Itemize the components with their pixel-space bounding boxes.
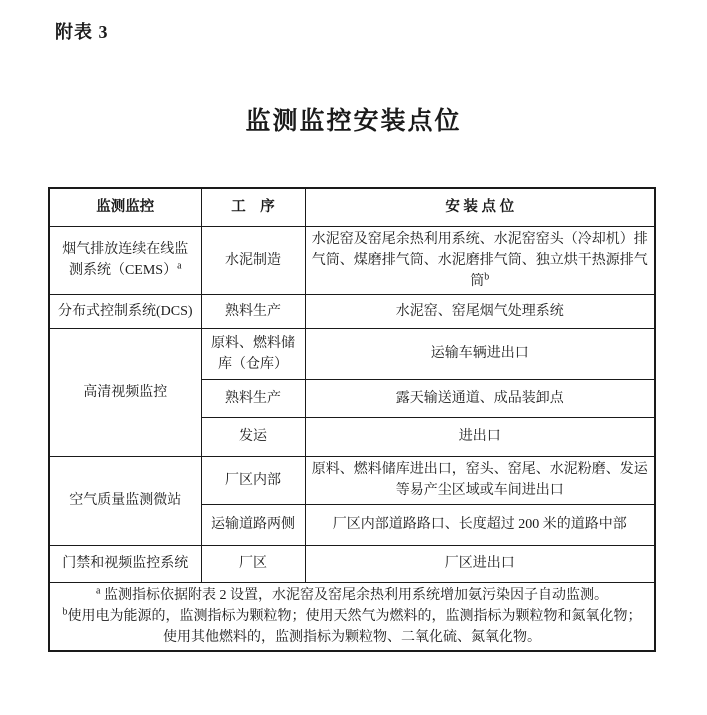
- table-row-cems: 烟气排放连续在线监测系统（CEMS）a 水泥制造 水泥窑及窑尾余热利用系统、水泥…: [49, 226, 655, 294]
- table-header-row: 监测监控 工 序 安 装 点 位: [49, 188, 655, 226]
- process-cell: 熟料生产: [201, 294, 305, 328]
- table-row-video-store: 高清视频监控 原料、燃料储库（仓库） 运输车辆进出口: [49, 328, 655, 379]
- footnote-a-marker: a: [96, 585, 100, 596]
- process-cell: 原料、燃料储库（仓库）: [201, 328, 305, 379]
- location-cell: 原料、燃料储库进出口，窑头、窑尾、水泥粉磨、发运等易产尘区域或车间进出口: [305, 456, 655, 504]
- location-cell: 运输车辆进出口: [305, 328, 655, 379]
- monitoring-points-table: 监测监控 工 序 安 装 点 位 烟气排放连续在线监测系统（CEMS）a 水泥制…: [48, 187, 656, 652]
- page-title: 监测监控安装点位: [0, 101, 707, 137]
- table-row-gate: 门禁和视频监控系统 厂区 厂区进出口: [49, 545, 655, 582]
- doc-label: 附表 3: [55, 18, 109, 44]
- process-cell: 厂区内部: [201, 456, 305, 504]
- location-cell: 厂区内部道路路口、长度超过 200 米的道路中部: [305, 504, 655, 545]
- col-header-location: 安 装 点 位: [305, 188, 655, 226]
- system-label: 烟气排放连续在线监测系统（CEMS）: [62, 242, 188, 278]
- footnote-a: a 监测指标依据附表 2 设置，水泥窑及窑尾余热利用系统增加氨污染因子自动监测。: [56, 585, 648, 606]
- location-cell: 露天输送通道、成品装卸点: [305, 379, 655, 417]
- location-label: 水泥窑及窑尾余热利用系统、水泥窑窑头（冷却机）排气筒、煤磨排气筒、水泥磨排气筒、…: [312, 232, 648, 289]
- location-cell: 水泥窑、窑尾烟气处理系统: [305, 294, 655, 328]
- col-header-process: 工 序: [201, 188, 305, 226]
- footnote-a-text: 监测指标依据附表 2 设置，水泥窑及窑尾余热利用系统增加氨污染因子自动监测。: [104, 588, 608, 603]
- system-cell-video: 高清视频监控: [49, 328, 201, 456]
- location-cell: 进出口: [305, 417, 655, 456]
- table-row-air-inner: 空气质量监测微站 厂区内部 原料、燃料储库进出口，窑头、窑尾、水泥粉磨、发运等易…: [49, 456, 655, 504]
- process-cell: 运输道路两侧: [201, 504, 305, 545]
- footnote-b-text: 使用电为能源的，监测指标为颗粒物；使用天然气为燃料的，监测指标为颗粒物和氮氧化物…: [68, 609, 642, 645]
- system-cell-dcs: 分布式控制系统(DCS): [49, 294, 201, 328]
- footnote-b: b使用电为能源的，监测指标为颗粒物；使用天然气为燃料的，监测指标为颗粒物和氮氧化…: [56, 606, 648, 648]
- process-cell: 厂区: [201, 545, 305, 582]
- table-footnote-row: a 监测指标依据附表 2 设置，水泥窑及窑尾余热利用系统增加氨污染因子自动监测。…: [49, 582, 655, 651]
- footnote-marker-a: a: [177, 260, 181, 271]
- process-cell: 发运: [201, 417, 305, 456]
- table-row-dcs: 分布式控制系统(DCS) 熟料生产 水泥窑、窑尾烟气处理系统: [49, 294, 655, 328]
- system-cell-gate: 门禁和视频监控系统: [49, 545, 201, 582]
- system-cell-air: 空气质量监测微站: [49, 456, 201, 545]
- location-cell: 厂区进出口: [305, 545, 655, 582]
- process-cell: 熟料生产: [201, 379, 305, 417]
- location-cell: 水泥窑及窑尾余热利用系统、水泥窑窑头（冷却机）排气筒、煤磨排气筒、水泥磨排气筒、…: [305, 226, 655, 294]
- footnote-cell: a 监测指标依据附表 2 设置，水泥窑及窑尾余热利用系统增加氨污染因子自动监测。…: [49, 582, 655, 651]
- col-header-system: 监测监控: [49, 188, 201, 226]
- footnote-marker-b: b: [484, 271, 489, 282]
- document-page: 附表 3 监测监控安装点位 监测监控 工 序 安 装 点 位 烟气排放连续在线监…: [0, 0, 707, 715]
- system-cell-cems: 烟气排放连续在线监测系统（CEMS）a: [49, 226, 201, 294]
- process-cell: 水泥制造: [201, 226, 305, 294]
